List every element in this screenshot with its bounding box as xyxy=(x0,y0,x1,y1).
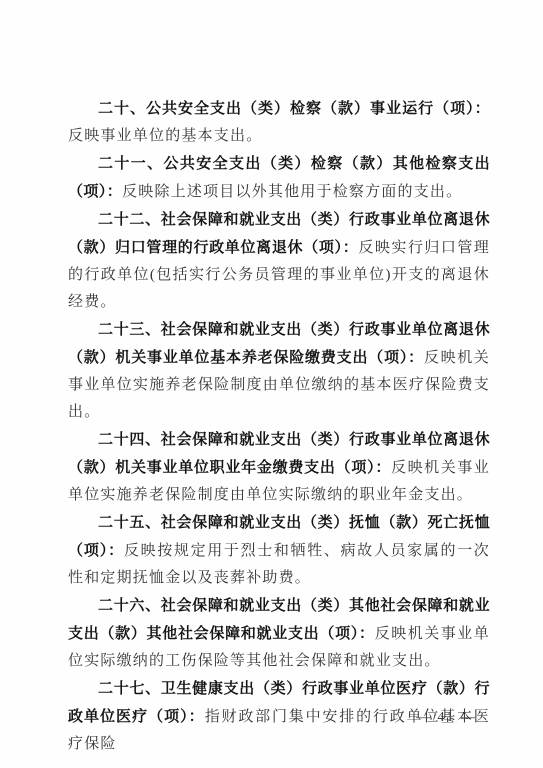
paragraph-text: 反映按规定用于烈士和牺牲、病故人员家属的一次性和定期抚恤金以及丧葬补助费。 xyxy=(68,543,490,586)
paragraph-heading: 二十、公共安全支出（类）检察（款）事业运行（项）： xyxy=(98,100,490,117)
budget-item-paragraph-21: 二十一、公共安全支出（类）检察（款）其他检察支出（项）：反映除上述项目以外其他用… xyxy=(68,150,490,206)
budget-item-paragraph-24: 二十四、社会保障和就业支出（类）行政事业单位离退休（款）机关事业单位职业年金缴费… xyxy=(68,426,490,509)
document-body: 二十、公共安全支出（类）检察（款）事业运行（项）：反映事业单位的基本支出。 二十… xyxy=(68,95,490,758)
budget-item-paragraph-22: 二十二、社会保障和就业支出（类）行政事业单位离退休（款）归口管理的行政单位离退休… xyxy=(68,206,490,316)
paragraph-text: 反映事业单位的基本支出。 xyxy=(68,128,262,144)
budget-item-paragraph-25: 二十五、社会保障和就业支出（类）抚恤（款）死亡抚恤（项）：反映按规定用于烈士和牺… xyxy=(68,509,490,592)
paragraph-text: 反映除上述项目以外其他用于检察方面的支出。 xyxy=(122,184,462,200)
budget-item-paragraph-20: 二十、公共安全支出（类）检察（款）事业运行（项）：反映事业单位的基本支出。 xyxy=(68,95,490,150)
page-number: — 41 — xyxy=(416,710,477,726)
budget-item-paragraph-23: 二十三、社会保障和就业支出（类）行政事业单位离退休（款）机关事业单位基本养老保险… xyxy=(68,316,490,426)
budget-item-paragraph-26: 二十六、社会保障和就业支出（类）其他社会保障和就业支出（款）其他社会保障和就业支… xyxy=(68,592,490,675)
document-page: 二十、公共安全支出（类）检察（款）事业运行（项）：反映事业单位的基本支出。 二十… xyxy=(0,0,543,768)
